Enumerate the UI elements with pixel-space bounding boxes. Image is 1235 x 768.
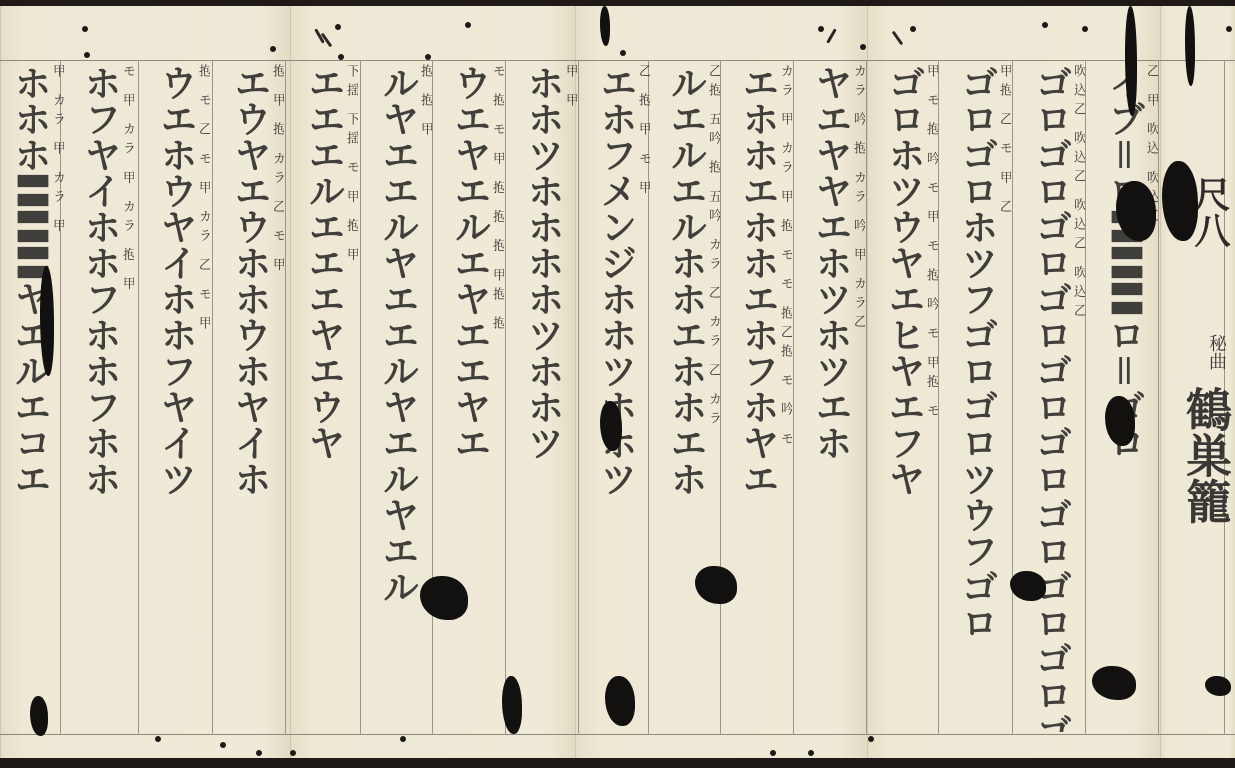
- phrase-dot: [465, 22, 471, 28]
- column-marks: 乙抱 五吟 抱 五吟 カラ 乙 カラ 乙 カラ: [706, 64, 720, 732]
- column-marks: 甲 モ 抱 吟 モ 甲 モ 抱 吟 モ 甲抱 モ: [924, 64, 938, 732]
- phrase-dot: [82, 26, 88, 32]
- phrase-dot: [770, 750, 776, 756]
- column-notes: ヤエヤヤエホツホツエホ: [808, 64, 852, 732]
- notation-column-15: ホフヤイホホフホホフホホ モ 甲 カラ 甲 カラ 抱 甲: [64, 64, 134, 732]
- notation-column-13: エウヤエウホホウホヤイホ 抱 甲 抱 カラ 乙 モ 甲: [214, 64, 284, 732]
- notation-column-3: ゴロゴロホツフゴロゴロツウフゴロ 甲抱 乙 モ 甲 乙: [941, 64, 1011, 732]
- phrase-dot: [155, 736, 161, 742]
- column-rule: [138, 60, 139, 735]
- column-notes: ウエホウヤイホホフヤイツ: [153, 64, 197, 732]
- ink-blot: [1205, 676, 1231, 696]
- column-rule: [720, 60, 721, 735]
- notation-column-8: エホフメンジホホツホホツ 乙 抱 甲 モ 甲: [580, 64, 650, 732]
- column-rule: [212, 60, 213, 735]
- column-notes: ホホホ〓〓〓ヤエルエコエ: [7, 64, 51, 732]
- notation-column-16: ホホホ〓〓〓ヤエルエコエ 甲 カラ 甲 カラ 甲: [0, 64, 64, 732]
- title-main: 鶴巣籠: [1181, 386, 1231, 524]
- notation-column-14: ウエホウヤイホホフヤイツ 抱 モ 乙 モ 甲 カラ 乙 モ 甲: [140, 64, 210, 732]
- phrase-dot: [868, 736, 874, 742]
- phrase-dot: [270, 46, 276, 52]
- phrase-dot: [1226, 26, 1232, 32]
- column-marks: 吹込乙 吹込乙 吹込乙 吹込乙: [1071, 64, 1085, 732]
- phrase-dot: [860, 44, 866, 50]
- column-notes: エエエルエエエヤエウヤ: [301, 64, 345, 732]
- column-marks: 下揺 下揺 モ 甲 抱 甲: [344, 64, 358, 732]
- notation-column-5: ヤエヤヤエホツホツエホ カラ 吟 抱 カラ 吟 甲 カラ乙: [795, 64, 865, 732]
- phrase-dot: [220, 742, 226, 748]
- column-notes: エウヤエウホホウホヤイホ: [227, 64, 271, 732]
- top-rule: [0, 60, 1235, 61]
- column-rule: [432, 60, 433, 735]
- column-marks: モ 抱 モ 甲 抱 抱 抱 甲抱 抱: [490, 64, 504, 732]
- column-notes: ルヤエエルヤエエルヤエルヤエル: [375, 64, 419, 732]
- column-marks: カラ 吟 抱 カラ 吟 甲 カラ乙: [851, 64, 865, 732]
- title-subtitle: 秘曲: [1203, 334, 1229, 370]
- column-rule: [578, 60, 579, 735]
- ink-blot: [40, 266, 54, 376]
- phrase-dot: [818, 26, 824, 32]
- column-notes: ルエルエルホホエホホエホ: [663, 64, 707, 732]
- ink-blot: [502, 676, 522, 734]
- notation-column-7: ルエルエルホホエホホエホ 乙抱 五吟 抱 五吟 カラ 乙 カラ 乙 カラ: [650, 64, 720, 732]
- column-rule: [866, 60, 867, 735]
- column-marks: 甲 甲: [563, 64, 577, 732]
- phrase-dot: [335, 24, 341, 30]
- ink-blot: [1185, 6, 1195, 86]
- ink-blot: [600, 401, 622, 451]
- ink-blot: [30, 696, 48, 736]
- column-notes: ゴロゴロゴロゴロゴロゴロゴロゴロゴロゴブロ: [1028, 64, 1072, 732]
- column-rule: [1158, 60, 1159, 735]
- column-notes: ホフヤイホホフホホフホホ: [77, 64, 121, 732]
- column-rule: [285, 60, 286, 735]
- notation-column-12: エエエルエエエヤエウヤ 下揺 下揺 モ 甲 抱 甲: [288, 64, 358, 732]
- phrase-dot: [808, 750, 814, 756]
- phrase-dot: [1042, 22, 1048, 28]
- notation-column-10: ウエヤエルエヤエエヤエ モ 抱 モ 甲 抱 抱 抱 甲抱 抱: [434, 64, 504, 732]
- phrase-dot: [338, 54, 344, 60]
- column-notes: ウエヤエルエヤエエヤエ: [447, 64, 491, 732]
- column-marks: 甲抱 乙 モ 甲 乙: [997, 64, 1011, 732]
- phrase-dot: [1082, 26, 1088, 32]
- phrase-dot: [290, 750, 296, 756]
- notation-column-4: ゴロホツウヤエヒヤエフヤ 甲 モ 抱 吟 モ 甲 モ 抱 吟 モ 甲抱 モ: [868, 64, 938, 732]
- notation-column-9: ホホツホホホホツホホツ 甲 甲: [507, 64, 577, 732]
- column-marks: 甲 カラ 甲 カラ 甲: [50, 64, 64, 732]
- phrase-dot: [84, 52, 90, 58]
- column-rule: [1085, 60, 1086, 735]
- column-notes: ゴロゴロホツフゴロゴロツウフゴロ: [954, 64, 998, 732]
- phrase-dot: [620, 50, 626, 56]
- column-marks: カラ 甲 カラ 甲 抱 モ モ 抱乙抱 モ 吟 モ: [778, 64, 792, 732]
- column-marks: 抱 抱 甲: [418, 64, 432, 732]
- score-scroll: 尺八 秘曲 鶴巣籠 イブ＝ロ〓〓〓ロ＝ゴロ 乙 甲 吹込 吹込乙 ゴロゴロゴロゴ…: [0, 6, 1235, 758]
- column-marks: 抱 甲 抱 カラ 乙 モ 甲: [270, 64, 284, 732]
- phrase-dot: [400, 736, 406, 742]
- column-marks: 乙 甲 吹込 吹込乙: [1144, 64, 1158, 732]
- ink-blot: [600, 6, 610, 46]
- phrase-dot: [256, 750, 262, 756]
- column-rule: [938, 60, 939, 735]
- column-notes: エホホエホホエホフホヤエ: [735, 64, 779, 732]
- column-marks: 抱 モ 乙 モ 甲 カラ 乙 モ 甲: [196, 64, 210, 732]
- column-rule: [793, 60, 794, 735]
- notation-column-11: ルヤエエルヤエエルヤエルヤエル 抱 抱 甲: [362, 64, 432, 732]
- notation-column-2: ゴロゴロゴロゴロゴロゴロゴロゴロゴロゴブロ 吹込乙 吹込乙 吹込乙 吹込乙: [1015, 64, 1085, 732]
- bottom-rule: [0, 734, 1235, 735]
- column-marks: モ 甲 カラ 甲 カラ 抱 甲: [120, 64, 134, 732]
- column-rule: [360, 60, 361, 735]
- column-rule: [1012, 60, 1013, 735]
- phrase-dot: [425, 54, 431, 60]
- column-notes: エホフメンジホホツホホツ: [593, 64, 637, 732]
- column-notes: ゴロホツウヤエヒヤエフヤ: [881, 64, 925, 732]
- notation-column-6: エホホエホホエホフホヤエ カラ 甲 カラ 甲 抱 モ モ 抱乙抱 モ 吟 モ: [722, 64, 792, 732]
- column-marks: 乙 抱 甲 モ 甲: [636, 64, 650, 732]
- ink-blot: [1125, 6, 1137, 116]
- column-rule: [505, 60, 506, 735]
- column-notes: ホホツホホホホツホホツ: [520, 64, 564, 732]
- phrase-dot: [910, 26, 916, 32]
